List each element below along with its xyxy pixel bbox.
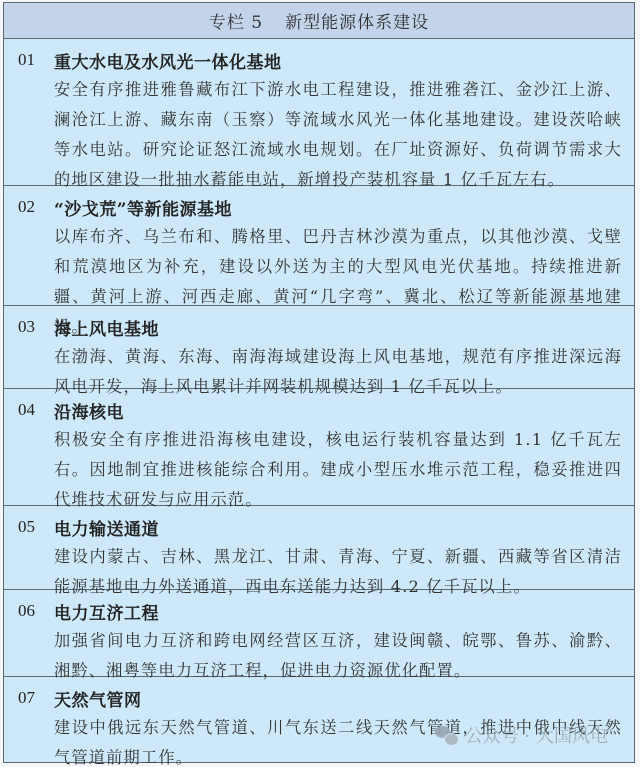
section-number: 05 xyxy=(4,517,54,537)
section-03: 03 海上风电基地 在渤海、黄海、东海、南海海域建设海上风电基地，规范有序推进深… xyxy=(4,306,634,389)
section-number: 06 xyxy=(4,601,54,621)
section-title: 海上风电基地 xyxy=(54,315,159,340)
section-05: 05 电力输送通道 建设内蒙古、吉林、黑龙江、甘肃、青海、宁夏、新疆、西藏等省区… xyxy=(4,506,634,590)
section-number: 01 xyxy=(4,50,54,70)
column-label: 专栏 5 xyxy=(209,8,263,33)
column-title: 新型能源体系建设 xyxy=(285,8,429,33)
section-body: 安全有序推进雅鲁藏布江下游水电工程建设，推进雅砻江、金沙江上游、澜沧江上游、藏东… xyxy=(54,75,622,195)
column-header: 专栏 5 新型能源体系建设 xyxy=(4,3,634,39)
section-06: 06 电力互济工程 加强省间电力互济和跨电网经营区互济，建设闽赣、皖鄂、鲁苏、渝… xyxy=(4,590,634,677)
special-column-box: 专栏 5 新型能源体系建设 01 重大水电及水风光一体化基地 安全有序推进雅鲁藏… xyxy=(3,2,635,763)
section-title: 电力互济工程 xyxy=(54,599,159,624)
section-title: “沙戈荒”等新能源基地 xyxy=(54,195,232,220)
watermark-text: 公众号 · 大国风电 xyxy=(465,722,608,748)
section-number: 07 xyxy=(4,688,54,708)
section-title: 电力输送通道 xyxy=(54,515,159,540)
section-title: 重大水电及水风光一体化基地 xyxy=(54,48,282,73)
section-title: 天然气管网 xyxy=(54,686,142,711)
section-02: 02 “沙戈荒”等新能源基地 以库布齐、乌兰布和、腾格里、巴丹吉林沙漠为重点，以… xyxy=(4,186,634,306)
wechat-icon xyxy=(435,725,459,745)
section-number: 02 xyxy=(4,197,54,217)
section-04: 04 沿海核电 积极安全有序推进沿海核电建设，核电运行装机容量达到 1.1 亿千… xyxy=(4,389,634,506)
section-number: 03 xyxy=(4,317,54,337)
section-01: 01 重大水电及水风光一体化基地 安全有序推进雅鲁藏布江下游水电工程建设，推进雅… xyxy=(4,39,634,186)
section-body: 积极安全有序推进沿海核电建设，核电运行装机容量达到 1.1 亿千瓦左右。因地制宜… xyxy=(54,425,622,515)
section-07: 07 天然气管网 建设中俄远东天然气管道、川气东送二线天然气管道，推进中俄中线天… xyxy=(4,677,634,763)
watermark: 公众号 · 大国风电 xyxy=(435,722,608,748)
section-title: 沿海核电 xyxy=(54,398,124,423)
section-number: 04 xyxy=(4,400,54,420)
